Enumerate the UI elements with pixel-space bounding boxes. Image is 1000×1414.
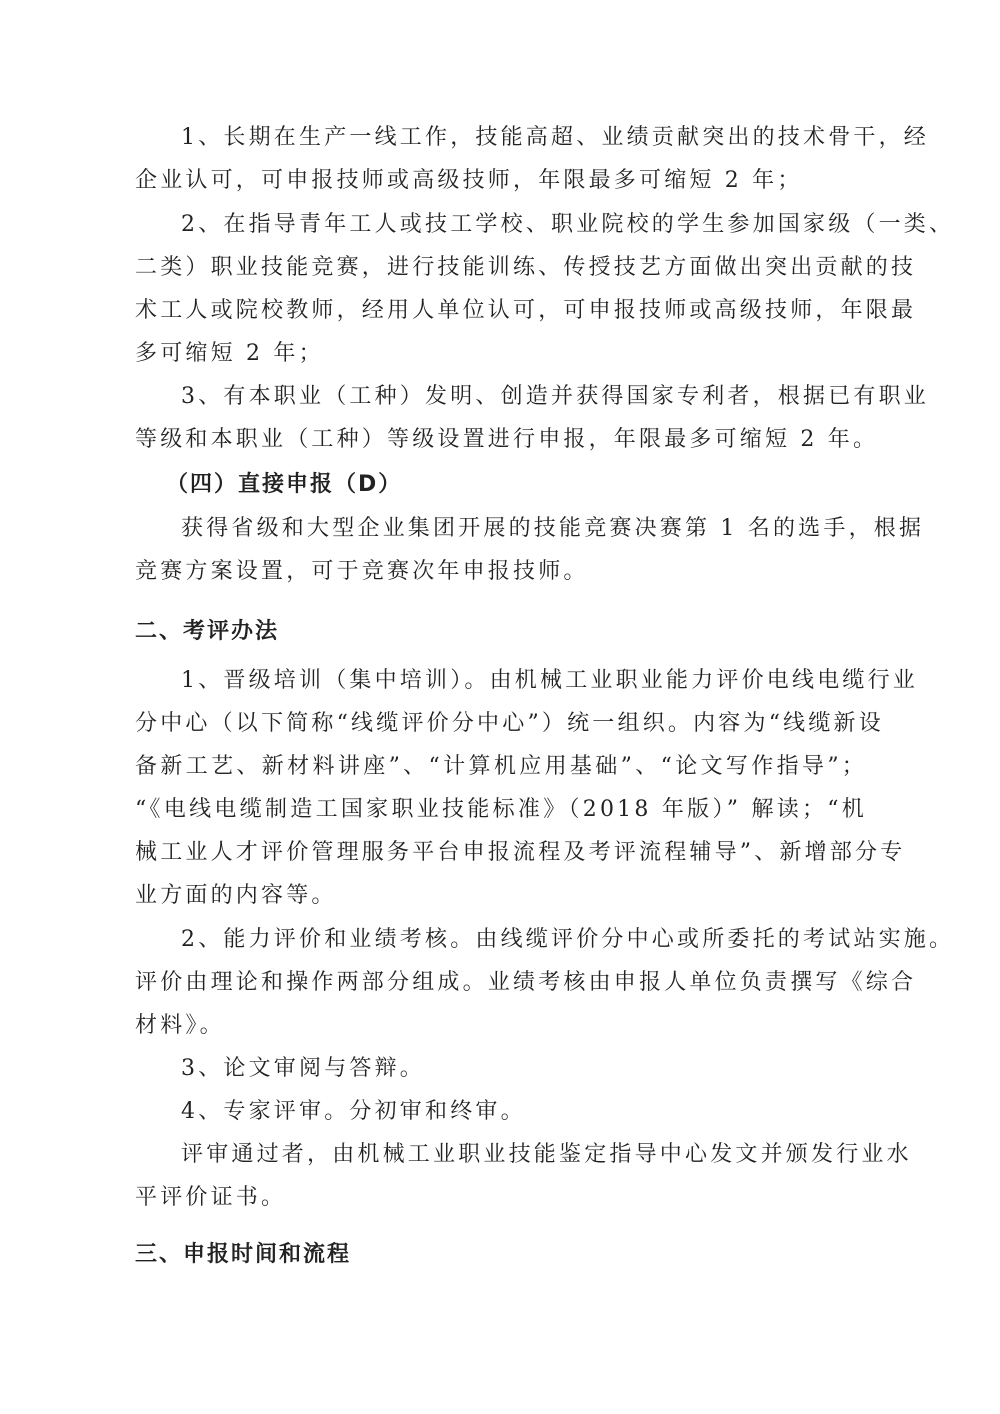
paragraph-eval-2-line-3: 材料》。 (135, 1011, 867, 1041)
paragraph-item-2-line-4: 多可缩短 2 年； (135, 339, 867, 369)
paragraph-eval-3-line-1: 3、论文审阅与答辩。 (181, 1054, 867, 1084)
paragraph-direct-application-line-1: 获得省级和大型企业集团开展的技能竞赛决赛第 1 名的选手，根据 (181, 514, 867, 544)
subheading-direct-application: （四）直接申报（D） (166, 470, 852, 500)
paragraph-item-1-line-2: 企业认可，可申报技师或高级技师，年限最多可缩短 2 年； (135, 166, 867, 196)
paragraph-eval-1-line-2: 分中心（以下简称“线缆评价分中心”）统一组织。内容为“线缆新设 (135, 709, 867, 739)
paragraph-eval-1-line-3: 备新工艺、新材料讲座”、“计算机应用基础”、“论文写作指导”； (135, 752, 867, 782)
section-heading-evaluation-method: 二、考评办法 (135, 617, 867, 647)
paragraph-eval-4-line-1: 4、专家评审。分初审和终审。 (181, 1097, 867, 1127)
paragraph-eval-1-line-1: 1、晋级培训（集中培训）。由机械工业职业能力评价电线电缆行业 (181, 666, 867, 696)
paragraph-item-3-line-1: 3、有本职业（工种）发明、创造并获得国家专利者，根据已有职业 (181, 382, 867, 412)
paragraph-item-1-line-1: 1、长期在生产一线工作，技能高超、业绩贡献突出的技术骨干，经 (181, 123, 867, 153)
section-heading-application-time-process: 三、申报时间和流程 (135, 1240, 867, 1270)
paragraph-item-3-line-2: 等级和本职业（工种）等级设置进行申报，年限最多可缩短 2 年。 (135, 425, 867, 455)
paragraph-eval-1-line-5: 械工业人才评价管理服务平台申报流程及考评流程辅导”、新增部分专 (135, 838, 867, 868)
document-page: 1、长期在生产一线工作，技能高超、业绩贡献突出的技术骨干，经 企业认可，可申报技… (0, 0, 1000, 1414)
paragraph-direct-application-line-2: 竞赛方案设置，可于竞赛次年申报技师。 (135, 557, 867, 587)
paragraph-item-2-line-3: 术工人或院校教师，经用人单位认可，可申报技师或高级技师，年限最 (135, 296, 867, 326)
paragraph-eval-2-line-1: 2、能力评价和业绩考核。由线缆评价分中心或所委托的考试站实施。 (181, 925, 867, 955)
paragraph-eval-2-line-2: 评价由理论和操作两部分组成。业绩考核由申报人单位负责撰写《综合 (135, 968, 867, 998)
paragraph-item-2-line-1: 2、在指导青年工人或技工学校、职业院校的学生参加国家级（一类、 (181, 210, 867, 240)
paragraph-certificate-line-1: 评审通过者，由机械工业职业技能鉴定指导中心发文并颁发行业水 (181, 1140, 867, 1170)
paragraph-item-2-line-2: 二类）职业技能竞赛，进行技能训练、传授技艺方面做出突出贡献的技 (135, 253, 867, 283)
paragraph-eval-1-line-6: 业方面的内容等。 (135, 881, 867, 911)
paragraph-eval-1-line-4: “《电线电缆制造工国家职业技能标准》（2018 年版）” 解读；“机 (135, 795, 867, 825)
paragraph-certificate-line-2: 平评价证书。 (135, 1183, 867, 1213)
